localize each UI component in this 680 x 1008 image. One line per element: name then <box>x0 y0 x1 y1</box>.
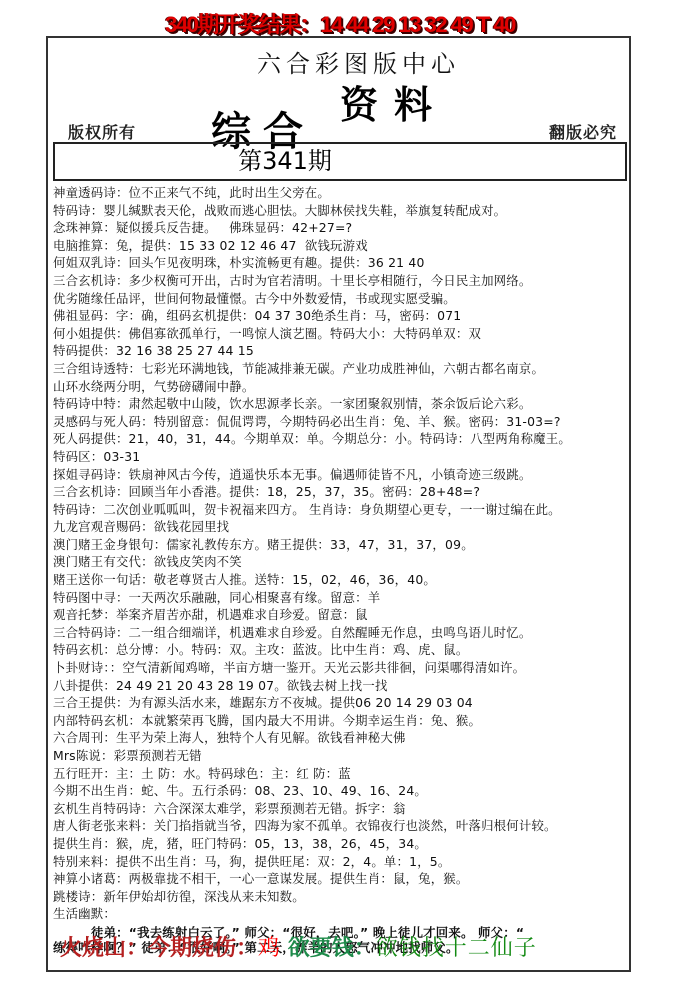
content-line: 六合周刊：生平为荣上海人，独特个人有见解。欲钱看神秘大佛 <box>53 729 628 747</box>
content-line: 探姐寻码诗：铁扇神风古今传，逍遥快乐本无事。偏遇师徒皆不凡，小镇奇迹三级跳。 <box>53 466 628 484</box>
content-line: 三合玄机诗：多少权衡可开出，古时为官若清明。十里长亭相随行，今日民主加网络。 <box>53 272 628 290</box>
content-line: 澳门赌王有交代：欲钱皮笑肉不笑 <box>53 553 628 571</box>
content-line: 赌王送你一句话：敬老尊贤古人推。送特：15，02，46，36，40。 <box>53 571 628 589</box>
content-line: 内部特码玄机：本就繁荣再飞腾，国内最大不用讲。今期幸运生肖：兔、猴。 <box>53 712 628 730</box>
content-line: 三合特码诗：二一组合细端详，机遇难求自珍爱。自然醒睡无作息，虫鸣鸟语儿时忆。 <box>53 624 628 642</box>
content-line: 卜卦财诗：：空气清新闻鸡啼，半亩方塘一鉴开。天光云影共徘徊，问渠哪得清如许。 <box>53 659 628 677</box>
content-line: 特码玄机：总分博：小。特码：双。主攻：蓝波。比中生肖：鸡、虎、鼠。 <box>53 641 628 659</box>
content-line: 优劣随缘任品评，世间何物最懂憬。古今中外数爱情，书或现实愿受骗。 <box>53 290 628 308</box>
content-line: 何小姐提供：佛倡寡欲孤单行，一鸣惊人演艺圈。特码大小：大特码单双：双 <box>53 325 628 343</box>
content-line: 灵感码与死人码：特别留意：侃侃谔谔，今期特码必出生肖：兔、羊、猴。密码：31-0… <box>53 413 628 431</box>
content-line: 念珠神算：疑似援兵反告捷。 佛珠显码：42+27=? <box>53 219 628 237</box>
copyright-label: 版权所有 <box>68 120 136 143</box>
content-line: 特码图中寻：一天两次乐融融，同心相聚喜有缘。留意：羊 <box>53 589 628 607</box>
content-line: 特码诗：婴儿缄默表天伦，战败而逃心胆怯。大脚林侯找失鞋，举旗复转配成对。 <box>53 202 628 220</box>
content-line: 三合王提供：为有源头活水来，雄踞东方不夜城。提供06 20 14 29 03 0… <box>53 694 628 712</box>
footer-fire-mountain-label: 火烧山：今期烧伤： <box>60 935 258 961</box>
content-line: 生活幽默： <box>53 905 628 923</box>
piracy-warning-label: 翻版必究 <box>549 120 617 143</box>
footer-burned-zodiac: 鸡 <box>258 936 280 961</box>
content-line: 八卦提供：24 49 21 20 43 28 19 07。欲钱去树上找一找 <box>53 677 628 695</box>
content-line: 死人码提供：21，40，31，44。今期单双：单。今期总分：小。特码诗：八型两角… <box>53 430 628 448</box>
content-body: 神童透码诗：位不正来气不纯，此时出生父旁在。 特码诗：婴儿缄默表天伦，战败而逃心… <box>53 184 628 955</box>
content-line: 山环水绕两分明，气势磅礴闹中静。 <box>53 378 628 396</box>
content-line: 特码区：03-31 <box>53 448 628 466</box>
footer-banner: 火烧山：今期烧伤：鸡 欲要钱：欲钱找十二仙子 <box>60 928 620 968</box>
document-frame: 六合彩图版中心 综合 资料 版权所有 翻版必究 第341期 神童透码诗：位不正来… <box>46 36 631 972</box>
content-line: 何姐双乳诗：回头乍见夜明珠，朴实流畅更有趣。提供：36 21 40 <box>53 254 628 272</box>
content-line: 唐人街老张来料：关门掐指就当爷，四海为家不孤单。衣锦夜行也淡然，叶落归根何计较。 <box>53 817 628 835</box>
content-line: 佛祖显码：字：确，组码玄机提供：04 37 30绝杀生肖：马，密码：071 <box>53 307 628 325</box>
content-line: 神算小诸葛：两极靠拢不相干，一心一意谋发展。提供生肖：鼠，兔，猴。 <box>53 870 628 888</box>
content-line: 九龙宫观音赐码：欲钱花园里找 <box>53 518 628 536</box>
content-line: 玄机生肖特码诗：六合深深太难学，彩票预测若无错。拆字：翁 <box>53 800 628 818</box>
content-line: 三合组诗透特：七彩光环满地钱，节能减排兼无碳。产业功成胜神仙，六朝古都名南京。 <box>53 360 628 378</box>
content-line: 特码诗中特：肃然起敬中山陵，饮水思源孝长亲。一家团聚叙别情，茶余饭后论六彩。 <box>53 395 628 413</box>
content-line: Mrs陈说：彩票预测若无错 <box>53 747 628 765</box>
previous-draw-result-banner: 340期开奖结果：14 44 29 13 32 49 T 40 <box>0 8 680 39</box>
big-title-part2: 资料 <box>340 74 448 129</box>
content-line: 神童透码诗：位不正来气不纯，此时出生父旁在。 <box>53 184 628 202</box>
content-line: 五行旺开：主：土 防：水。特码球色：主：红 防：蓝 <box>53 765 628 783</box>
center-name-heading: 六合彩图版中心 <box>48 44 629 79</box>
content-line: 特别来料：提供不出生肖：马，狗，提供旺尾：双：2，4。单：1，5。 <box>53 853 628 871</box>
content-line: 澳门赌王金身银句：儒家礼教传东方。赌王提供：33，47，31，37，09。 <box>53 536 628 554</box>
content-line: 三合玄机诗：回顾当年小香港。提供：18，25，37，35。密码：28+48=? <box>53 483 628 501</box>
footer-money-hint: 欲钱找十二仙子 <box>376 936 537 961</box>
period-label: 第341期 <box>238 144 332 179</box>
content-line: 跳楼诗：新年伊始却彷徨，深浅从来未知数。 <box>53 888 628 906</box>
content-line: 特码提供：32 16 38 25 27 44 15 <box>53 342 628 360</box>
content-line: 今期不出生肖：蛇、牛。五行杀码：08、23、10、49、16、24。 <box>53 782 628 800</box>
content-line: 提供生肖：猴，虎，猪，旺门特码：05，13，38，26，45，34。 <box>53 835 628 853</box>
content-line: 电脑推算：兔，提供：15 33 02 12 46 47 欲钱玩游戏 <box>53 237 628 255</box>
period-box: 第341期 <box>53 142 627 181</box>
footer-want-money-label: 欲要钱： <box>288 935 376 961</box>
content-line: 特码诗：二次创业呱呱叫，贺卡祝福来四方。 生肖诗：身负期望心更专，一一谢过编在此… <box>53 501 628 519</box>
content-line: 观音托梦：举案齐眉苦亦甜，机遇难求自珍爱。留意：鼠 <box>53 606 628 624</box>
